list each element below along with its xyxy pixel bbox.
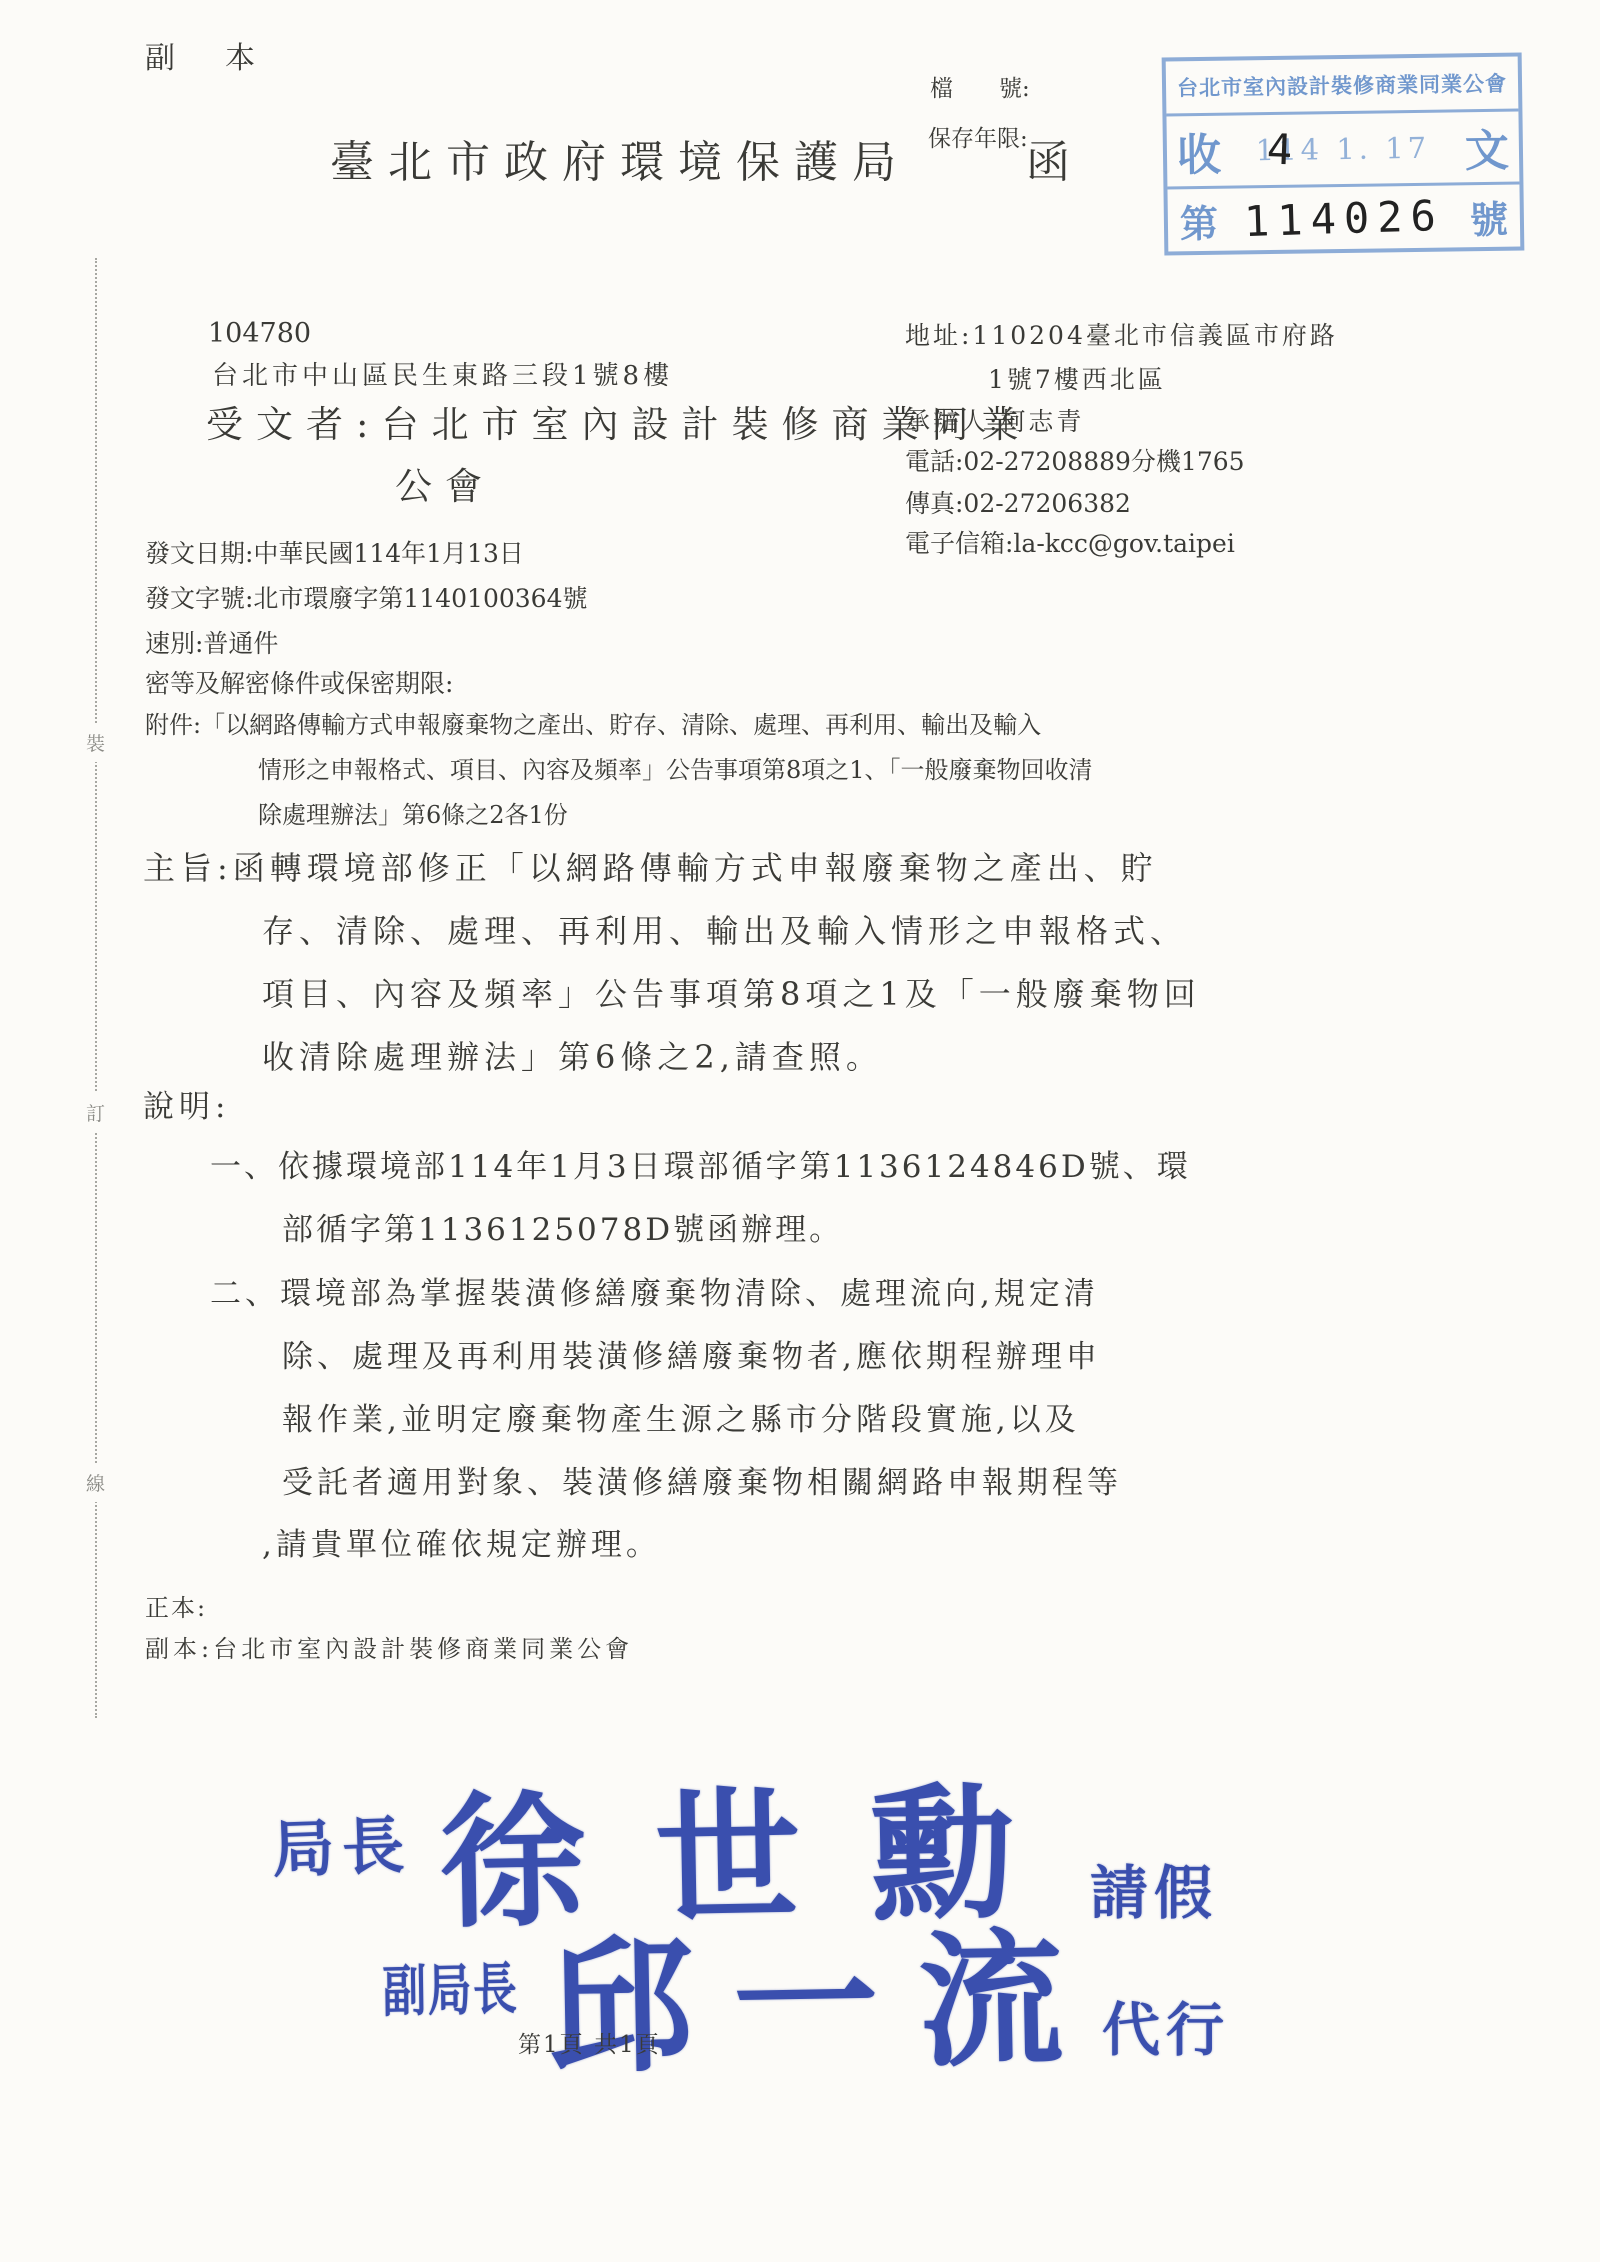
attachment-line2: 情形之申報格式、項目、內容及頻率」公告事項第8項之1、「一般廢棄物回收清: [258, 757, 1093, 785]
signature-title-director: 局長: [270, 1796, 413, 1890]
carbon-copy-line: 副本:台北市室內設計裝修商業同業公會: [145, 1636, 633, 1664]
recipient-street: 台北市中山區民生東路三段1號8樓: [212, 362, 673, 392]
explanation-item2-line2: 除、處理及再利用裝潢修繕廢棄物者,應依期程辦理申: [282, 1340, 1101, 1376]
signature-title-deputy-director: 副局長: [382, 1945, 519, 2028]
binding-mark-xian: 線: [84, 1463, 107, 1502]
stamp-number-suffix: 號: [1469, 188, 1508, 244]
speed-class: 速別:普通件: [145, 630, 278, 659]
contact-address-line2: 1號7樓西北區: [988, 366, 1166, 395]
stamp-receive-row: 收 114 1. 17 文 4: [1166, 112, 1519, 190]
stamp-handwritten-day: 4: [1266, 124, 1293, 174]
issue-date: 發文日期:中華民國114年1月13日: [145, 540, 524, 569]
explanation-item1-line1: 一、依據環境部114年1月3日環部循字第1136124846D號、環: [210, 1150, 1191, 1186]
signature-note-acting: 代行: [1102, 1983, 1230, 2067]
secrecy-line: 密等及解密條件或保密期限:: [145, 670, 453, 699]
original-copy-line: 正本:: [145, 1595, 207, 1623]
contact-email: 電子信箱:la-kcc@gov.taipei: [905, 530, 1235, 559]
recipient-line2: 公會: [395, 466, 495, 509]
explanation-heading: 說明:: [143, 1090, 230, 1126]
signature-note-on-leave: 請假: [1090, 1846, 1218, 1930]
explanation-item2-line1: 二、環境部為掌握裝潢修繕廢棄物清除、處理流向,規定清: [210, 1277, 1099, 1313]
explanation-item2-line4: 受託者適用對象、裝潢修繕廢棄物相關網路申報期程等: [282, 1466, 1122, 1502]
stamp-date: 114 1. 17: [1221, 130, 1465, 167]
contact-address-line1: 地址:110204臺北市信義區市府路: [905, 322, 1338, 351]
attachment-line1: 附件:「以網路傳輸方式申報廢棄物之產出、貯存、清除、處理、再利用、輸出及輸入: [145, 712, 1041, 740]
page-number: 第1頁 共1頁: [518, 2032, 661, 2058]
binding-mark-zhuang: 裝: [84, 723, 107, 762]
explanation-item2-line3: 報作業,並明定廢棄物產生源之縣市分階段實施,以及: [282, 1403, 1080, 1439]
contact-phone: 電話:02-27208889分機1765: [905, 448, 1245, 477]
subject-line1: 主旨:函轉環境部修正「以網路傳輸方式申報廢棄物之產出、貯: [143, 850, 1158, 887]
attachment-line3: 除處理辦法」第6條之2各1份: [258, 802, 568, 830]
stamp-receive-char: 收: [1176, 119, 1221, 184]
subject-line3: 項目、內容及頻率」公告事項第8項之1及「一般廢棄物回: [262, 976, 1201, 1013]
stamp-number-row: 第 114026 號: [1167, 185, 1520, 252]
document-title: 臺北市政府環境保護局 函: [330, 138, 1084, 189]
stamp-organization: 台北市室內設計裝修商業同業公會: [1166, 57, 1519, 117]
binding-mark-ding: 訂: [84, 1093, 107, 1132]
subject-line4: 收清除處理辦法」第6條之2,請查照。: [262, 1039, 883, 1076]
stamp-number: 114026: [1217, 190, 1470, 247]
explanation-item2-line5: ,請貴單位確依規定辦理。: [262, 1528, 661, 1564]
issue-ref-number: 發文字號:北市環廢字第1140100364號: [145, 585, 587, 614]
copy-label: 副 本: [145, 42, 265, 77]
scanned-official-letter: 裝 訂 線 副 本 檔 號: 保存年限: 台北市室內設計裝修商業同業公會 收 1…: [0, 0, 1600, 2262]
contact-fax: 傳真:02-27206382: [905, 490, 1131, 519]
signature-name-deputy-director: 邱一流: [546, 1883, 1105, 2101]
explanation-item1-line2: 部循字第1136125078D號函辦理。: [282, 1213, 843, 1249]
file-number-label: 檔 號:: [930, 76, 1030, 102]
stamp-number-prefix: 第: [1180, 192, 1219, 248]
subject-line2: 存、清除、處理、再利用、輸出及輸入情形之申報格式、: [262, 913, 1187, 950]
contact-officer: 承辦人:柯志青: [905, 408, 1084, 437]
received-stamp: 台北市室內設計裝修商業同業公會 收 114 1. 17 文 4 第 114026…: [1162, 52, 1525, 255]
doc-code: 104780: [208, 318, 311, 349]
stamp-doc-char: 文: [1464, 115, 1509, 180]
